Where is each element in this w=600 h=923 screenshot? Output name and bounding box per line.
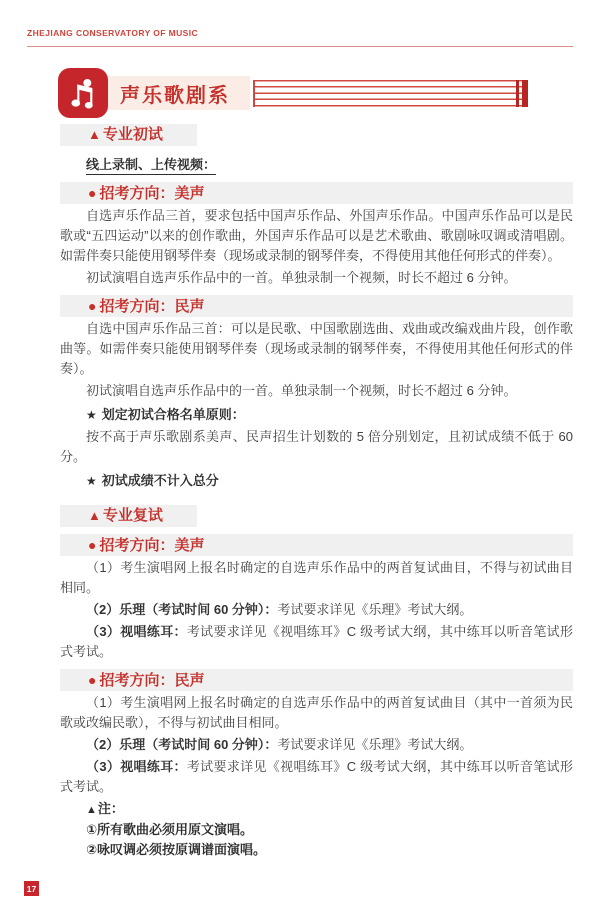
page-number-badge: 17 xyxy=(24,881,39,896)
triangle-icon: ▲ xyxy=(88,127,101,142)
final-folk-item3: （3）视唱练耳：考试要求详见《视唱练耳》C 级考试大纲，其中练耳以听音笔试形式考… xyxy=(60,757,573,797)
direction-heading-prelim-belcanto: ●招考方向：美声 xyxy=(60,182,573,204)
shortlist-rule-title-text: 划定初试合格名单原则： xyxy=(102,407,245,422)
staff-barline-thin xyxy=(516,80,519,107)
music-note-icon xyxy=(58,68,108,118)
exam-item-bold: （3）视唱练耳： xyxy=(86,624,187,639)
circle-icon: ● xyxy=(88,298,96,314)
direction-heading-label: 招考方向：美声 xyxy=(99,185,204,202)
org-name: ZHEJIANG CONSERVATORY OF MUSIC xyxy=(27,28,573,38)
section-heading-final: ▲专业复试 xyxy=(60,505,197,527)
online-recording-note-text: 线上录制、上传视频： xyxy=(86,157,216,175)
direction-heading-label: 招考方向：民声 xyxy=(99,672,204,689)
notes-title-text: 注： xyxy=(98,801,124,816)
exam-item-text: 考试要求详见《乐理》考试大纲。 xyxy=(277,602,472,617)
department-title: 声乐歌剧系 xyxy=(120,79,230,108)
exam-item-bold: （3）视唱练耳： xyxy=(86,759,187,774)
section-heading-preliminary: ▲专业初试 xyxy=(60,124,197,146)
final-folk-item2: （2）乐理（考试时间 60 分钟）：考试要求详见《乐理》考试大纲。 xyxy=(60,735,573,755)
star-icon: ★ xyxy=(86,408,97,422)
direction-heading-final-folk: ●招考方向：民声 xyxy=(60,669,573,691)
score-note: ★初试成绩不计入总分 xyxy=(60,471,573,491)
triangle-icon: ▲ xyxy=(88,508,101,523)
org-header: ZHEJIANG CONSERVATORY OF MUSIC xyxy=(27,28,573,47)
department-banner: 声乐歌剧系 xyxy=(58,68,528,118)
staff-barline-thick xyxy=(522,80,528,107)
exam-item-bold: （2）乐理（考试时间 60 分钟）： xyxy=(86,602,277,617)
section-heading-label: 专业初试 xyxy=(103,126,163,143)
final-belcanto-item2: （2）乐理（考试时间 60 分钟）：考试要求详见《乐理》考试大纲。 xyxy=(60,600,573,620)
exam-item-bold: （2）乐理（考试时间 60 分钟）： xyxy=(86,737,277,752)
circle-icon: ● xyxy=(88,537,96,553)
document-page: ZHEJIANG CONSERVATORY OF MUSIC 声乐歌剧系 xyxy=(0,0,600,923)
final-belcanto-item3: （3）视唱练耳：考试要求详见《视唱练耳》C 级考试大纲，其中练耳以听音笔试形式考… xyxy=(60,622,573,662)
final-folk-item1: （1）考生演唱网上报名时确定的自选声乐作品中的两首复试曲目（其中一首须为民歌或改… xyxy=(60,693,573,733)
notes-title: ▲注： xyxy=(60,799,573,820)
prelim-belcanto-paragraph: 自选声乐作品三首，要求包括中国声乐作品、外国声乐作品。中国声乐作品可以是民歌或“… xyxy=(60,206,573,266)
page-content: ▲专业初试 线上录制、上传视频： ●招考方向：美声 自选声乐作品三首，要求包括中… xyxy=(60,118,573,860)
direction-heading-label: 招考方向：民声 xyxy=(99,298,204,315)
staff-lines-decoration xyxy=(253,80,528,107)
direction-heading-label: 招考方向：美声 xyxy=(99,537,204,554)
prelim-folk-video-note: 初试演唱自选声乐作品中的一首。单独录制一个视频，时长不超过 6 分钟。 xyxy=(60,381,573,401)
note-item-2: ②咏叹调必须按原调谱面演唱。 xyxy=(60,840,573,860)
final-belcanto-item1: （1）考生演唱网上报名时确定的自选声乐作品中的两首复试曲目，不得与初试曲目相同。 xyxy=(60,558,573,598)
circle-icon: ● xyxy=(88,185,96,201)
header-divider-line xyxy=(27,46,573,47)
score-note-text: 初试成绩不计入总分 xyxy=(102,473,219,488)
online-recording-note: 线上录制、上传视频： xyxy=(60,155,573,175)
direction-heading-final-belcanto: ●招考方向：美声 xyxy=(60,534,573,556)
shortlist-rule-body: 按不高于声乐歌剧系美声、民声招生计划数的 5 倍分别划定，且初试成绩不低于 60… xyxy=(60,427,573,467)
direction-heading-prelim-folk: ●招考方向：民声 xyxy=(60,295,573,317)
triangle-icon: ▲ xyxy=(86,804,97,816)
prelim-folk-paragraph: 自选中国声乐作品三首：可以是民歌、中国歌剧选曲、戏曲或改编戏曲片段，创作歌曲等。… xyxy=(60,319,573,379)
exam-item-text: 考试要求详见《乐理》考试大纲。 xyxy=(277,737,472,752)
prelim-belcanto-video-note: 初试演唱自选声乐作品中的一首。单独录制一个视频，时长不超过 6 分钟。 xyxy=(60,268,573,288)
shortlist-rule-title: ★划定初试合格名单原则： xyxy=(60,405,573,425)
circle-icon: ● xyxy=(88,672,96,688)
department-title-strip: 声乐歌剧系 xyxy=(96,76,250,110)
star-icon: ★ xyxy=(86,474,97,488)
note-item-1: ①所有歌曲必须用原文演唱。 xyxy=(60,820,573,840)
section-heading-label: 专业复试 xyxy=(103,507,163,524)
